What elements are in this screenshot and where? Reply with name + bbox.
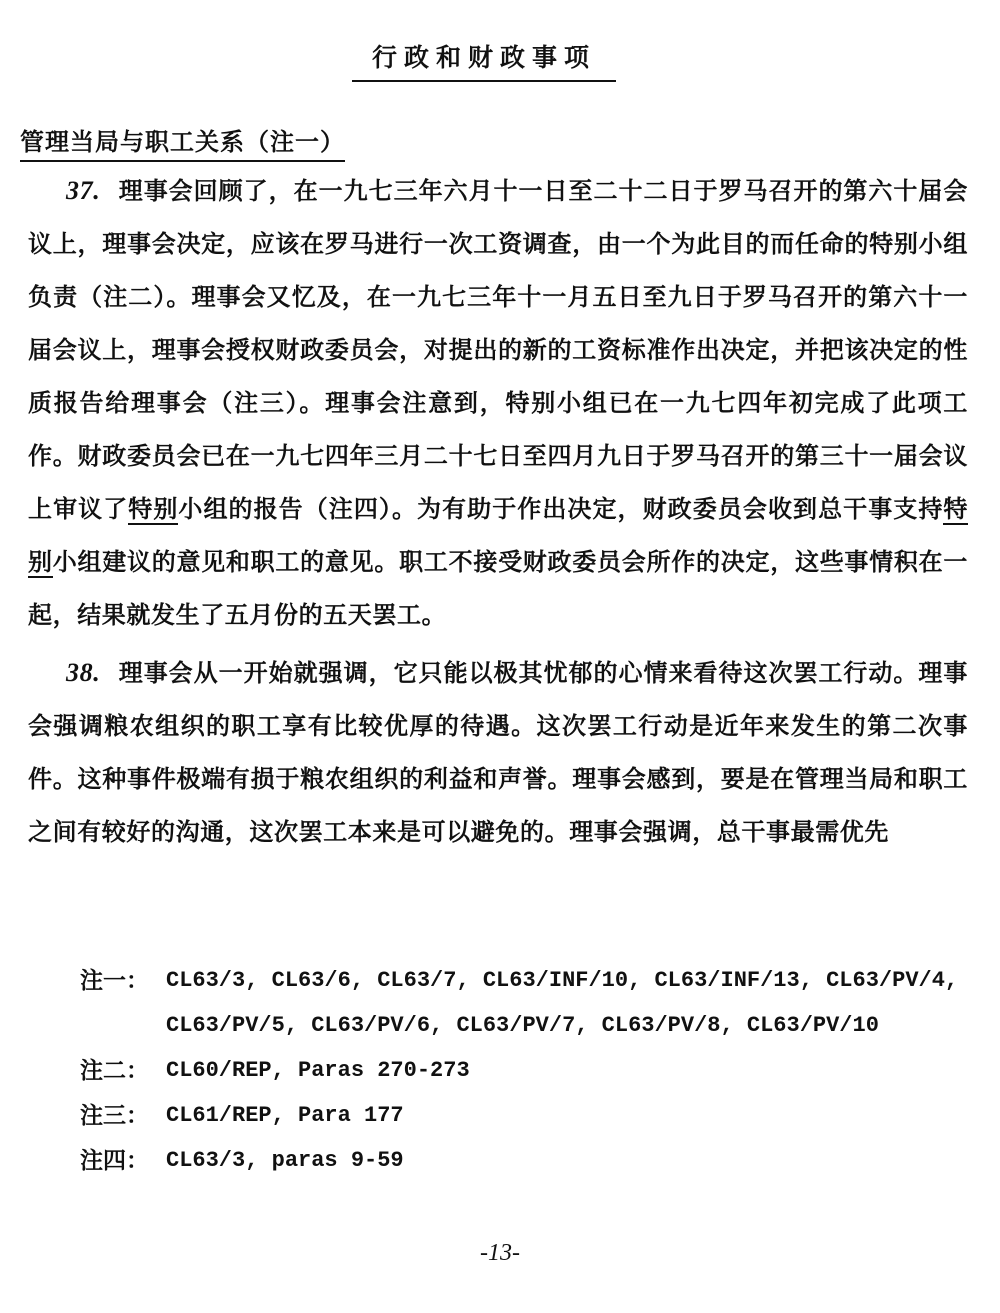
section-heading: 管理当局与职工关系（注一）	[20, 122, 345, 157]
page-title: 行政和财政事项	[352, 38, 616, 82]
footnote: 注一： CL63/3, CL63/6, CL63/7, CL63/INF/10,…	[80, 958, 960, 1048]
paragraph-text: 小组的报告（注四）。为有助于作出决定，财政委员会收到总干事支持	[178, 494, 943, 523]
section-heading-text: 管理当局与职工关系（注一）	[20, 127, 345, 162]
footnote-text: CL63/3, paras 9-59	[166, 1138, 960, 1183]
paragraph-number: 38.	[66, 658, 100, 687]
footnote-text: CL61/REP, Para 177	[166, 1093, 960, 1138]
footnote: 注四： CL63/3, paras 9-59	[80, 1138, 960, 1183]
paragraph-number: 37.	[66, 176, 100, 205]
footnote-text: CL63/3, CL63/6, CL63/7, CL63/INF/10, CL6…	[166, 958, 960, 1048]
footnote-label: 注三：	[80, 1093, 166, 1138]
footnote-text: CL60/REP, Paras 270-273	[166, 1048, 960, 1093]
paragraph-text: 小组建议的意见和职工的意见。职工不接受财政委员会所作的决定，这些事情积在一起，结…	[28, 547, 968, 629]
paragraph-text: 理事会回顾了，在一九七三年六月十一日至二十二日于罗马召开的第六十届会议上，理事会…	[28, 176, 968, 523]
footnote-label: 注一：	[80, 958, 166, 1048]
footnote: 注二： CL60/REP, Paras 270-273	[80, 1048, 960, 1093]
footnotes: 注一： CL63/3, CL63/6, CL63/7, CL63/INF/10,…	[80, 958, 960, 1183]
footnote-label: 注二：	[80, 1048, 166, 1093]
paragraph-37: 37.理事会回顾了，在一九七三年六月十一日至二十二日于罗马召开的第六十届会议上，…	[28, 164, 968, 641]
footnote-label: 注四：	[80, 1138, 166, 1183]
page-number: -13-	[450, 1240, 550, 1267]
footnote: 注三： CL61/REP, Para 177	[80, 1093, 960, 1138]
underlined-text: 特别	[128, 494, 178, 525]
paragraph-38: 38.理事会从一开始就强调，它只能以极其忧郁的心情来看待这次罢工行动。理事会强调…	[28, 646, 968, 858]
paragraph-text: 理事会从一开始就强调，它只能以极其忧郁的心情来看待这次罢工行动。理事会强调粮农组…	[28, 658, 968, 846]
